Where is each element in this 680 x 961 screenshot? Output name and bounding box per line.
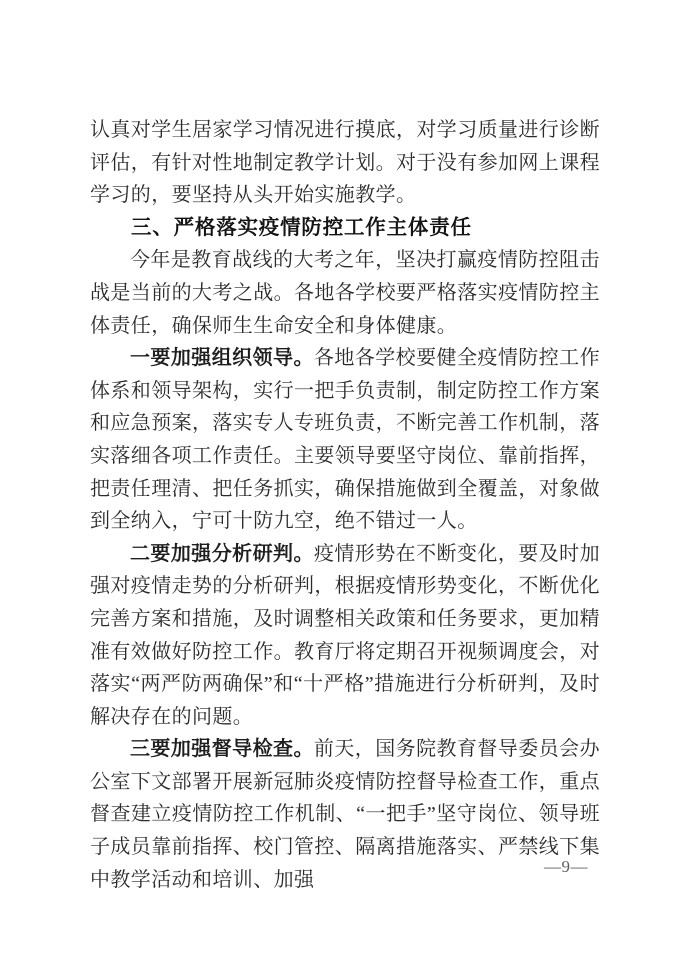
point-1-body: 各地各学校要健全疫情防控工作体系和领导架构，实行一把手负责制，制定防控工作方案和… [90,347,600,532]
point-paragraph-2: 二要加强分析研判。疫情形势在不断变化，要及时加强对疫情走势的分析研判，根据疫情形… [90,538,600,734]
section-heading: 三、严格落实疫情防控工作主体责任 [90,212,600,245]
point-3-body: 前天，国务院教育督导委员会办公室下文部署开展新冠肺炎疫情防控督导检查工作，重点督… [90,738,600,890]
paragraph-continuation: 认真对学生居家学习情况进行摸底，对学习质量进行诊断评估，有针对性地制定教学计划。… [90,114,600,212]
point-2-body: 疫情形势在不断变化，要及时加强对疫情走势的分析研判，根据疫情形势变化，不断优化完… [90,543,600,728]
page-number: —9— [533,857,599,877]
document-page: 认真对学生居家学习情况进行摸底，对学习质量进行诊断评估，有针对性地制定教学计划。… [0,0,680,961]
point-paragraph-1: 一要加强组织领导。各地各学校要健全疫情防控工作体系和领导架构，实行一把手负责制，… [90,342,600,538]
point-paragraph-3: 三要加强督导检查。前天，国务院教育督导委员会办公室下文部署开展新冠肺炎疫情防控督… [90,733,600,896]
document-body: 认真对学生居家学习情况进行摸底，对学习质量进行诊断评估，有针对性地制定教学计划。… [90,114,600,896]
intro-paragraph: 今年是教育战线的大考之年，坚决打赢疫情防控阻击战是当前的大考之战。各地各学校要严… [90,244,600,342]
point-1-lead: 一要加强组织领导。 [130,347,314,369]
point-3-lead: 三要加强督导检查。 [130,738,314,760]
point-2-lead: 二要加强分析研判。 [130,543,314,565]
